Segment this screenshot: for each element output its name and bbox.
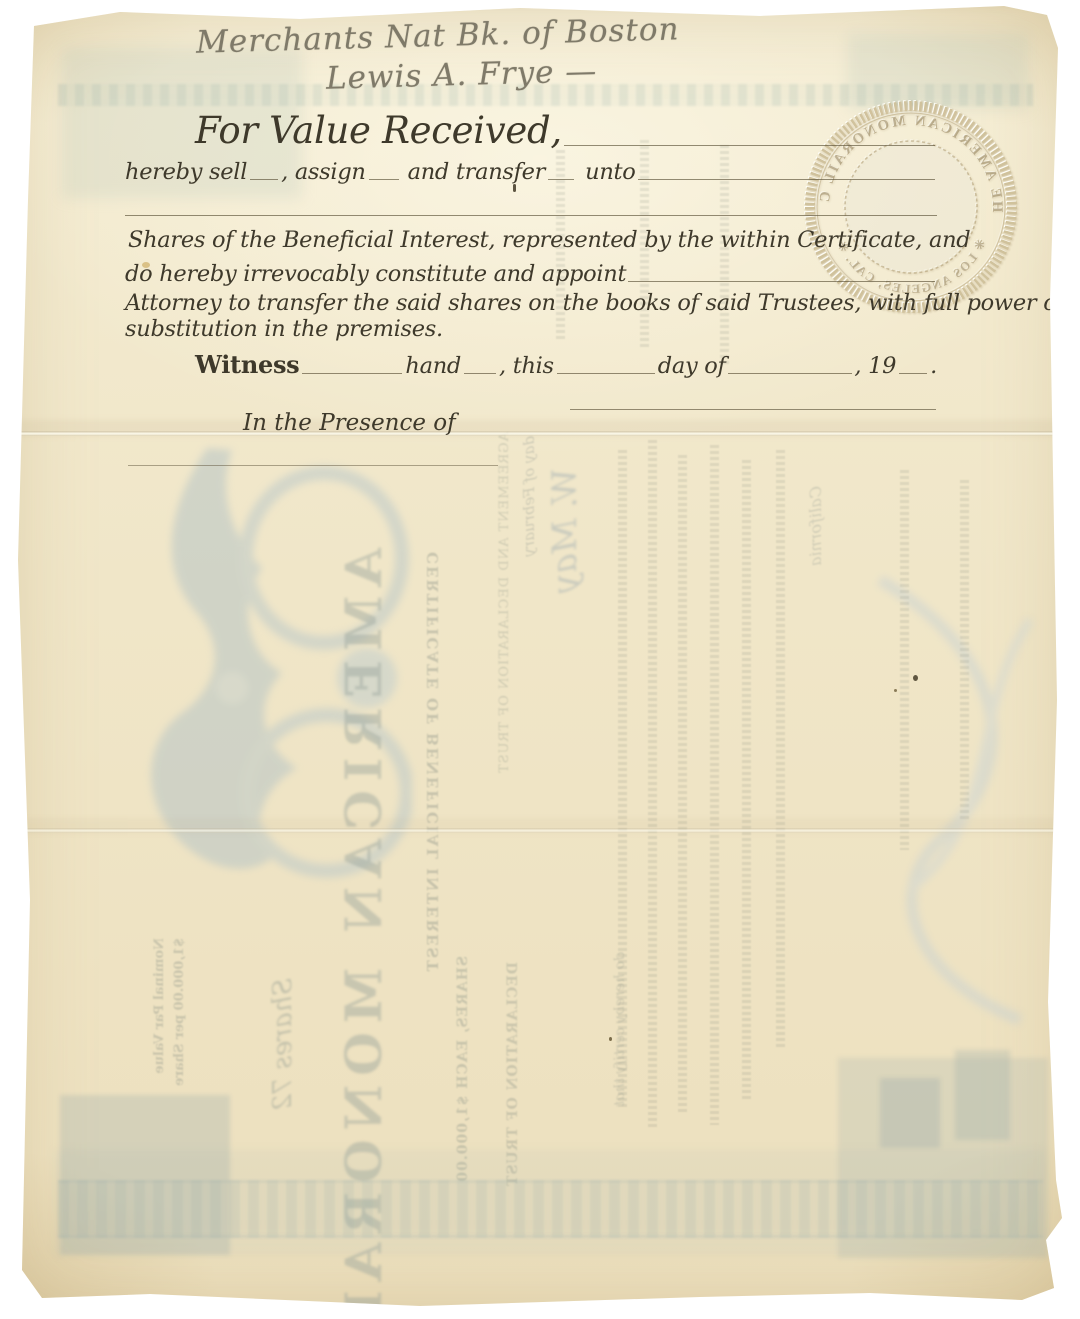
scanned-certificate-back: AMERICAN MONORAIL CO. CERTIFICATE OF BEN… bbox=[0, 0, 1080, 1319]
ghost-text-column bbox=[710, 445, 719, 1125]
ghost-par-value-1: Nominal Par Value bbox=[152, 938, 167, 1153]
label-hand: hand bbox=[405, 354, 461, 379]
ghost-name-handwriting: W. May bbox=[545, 468, 585, 708]
ghost-border-bottom-soft bbox=[55, 1150, 1045, 1255]
blank-line bbox=[369, 179, 399, 180]
stain-speck bbox=[894, 689, 897, 692]
ghost-text-column bbox=[960, 480, 969, 820]
label-in-the-presence-of: In the Presence of bbox=[243, 410, 456, 436]
ghost-border-bottom bbox=[58, 1180, 1043, 1238]
ghost-state-handwriting: California bbox=[806, 486, 825, 666]
label-19: , 19 bbox=[854, 354, 896, 379]
ghost-trust-line: DECLARATION OF TRUST bbox=[505, 962, 521, 1162]
stain-speck bbox=[913, 675, 918, 681]
ghost-corner-bottom-right bbox=[838, 1058, 1048, 1258]
ghost-text-column bbox=[742, 460, 751, 1100]
handwriting-owner-name: Lewis A. Frye — bbox=[326, 53, 598, 97]
blank-line bbox=[250, 179, 278, 180]
form-row-attorney: Attorney to transfer the said shares on … bbox=[125, 291, 937, 316]
stray-mark bbox=[513, 184, 516, 192]
blank-line bbox=[564, 145, 935, 146]
blank-line bbox=[557, 373, 655, 374]
blank-line bbox=[302, 373, 402, 374]
form-row-blank bbox=[125, 196, 937, 216]
blank-line bbox=[628, 281, 935, 282]
form-row-heading: For Value Received, bbox=[125, 110, 937, 151]
blank-line bbox=[638, 179, 935, 180]
fold-crease-upper bbox=[0, 431, 1080, 436]
label-assign: , assign bbox=[281, 160, 366, 185]
form-row-sell-assign: hereby sell , assign and transfer unto bbox=[125, 160, 937, 185]
ghost-ornament-block bbox=[955, 1050, 1010, 1140]
paper-sheet: AMERICAN MONORAIL CO. CERTIFICATE OF BEN… bbox=[0, 0, 1080, 1319]
stain-speck bbox=[609, 1037, 612, 1041]
label-hereby-sell: hereby sell bbox=[125, 160, 247, 185]
ghost-text-column bbox=[648, 440, 657, 1130]
text-constitute-and-appoint: do hereby irrevocably constitute and app… bbox=[125, 262, 626, 287]
ghost-text-column bbox=[900, 470, 909, 850]
text-shares-of-beneficial-interest: Shares of the Beneficial Interest, repre… bbox=[128, 228, 970, 253]
ghost-flourish-right bbox=[850, 560, 1060, 1060]
label-unto: unto bbox=[585, 160, 635, 185]
ghost-ornament-block bbox=[880, 1078, 940, 1148]
ghost-text-column bbox=[776, 450, 785, 1050]
fold-crease-lower bbox=[0, 828, 1080, 833]
ghost-shares-line: SHARES, EACH $1,000.00 bbox=[455, 956, 471, 1156]
blank-line bbox=[548, 179, 574, 180]
handwriting-bank-name: Merchants Nat Bk. of Boston bbox=[196, 11, 680, 60]
signature-line bbox=[570, 409, 936, 410]
ghost-date-handwriting: day of February bbox=[520, 436, 538, 646]
ghost-text-column bbox=[678, 455, 687, 1115]
ghost-agreement-line: AGREEMENT AND DECLARATION OF TRUST bbox=[497, 432, 512, 772]
label-and-transfer: and transfer bbox=[408, 160, 546, 185]
ghost-eagle-vignette bbox=[112, 438, 412, 908]
ghost-certify-line: do hereby certify that bbox=[612, 952, 628, 1162]
blank-line bbox=[899, 373, 927, 374]
ghost-par-value-2: $1,000.00 per Share bbox=[172, 938, 187, 1153]
label-this: , this bbox=[499, 354, 554, 379]
blank-line bbox=[728, 373, 853, 374]
label-witness: Witness bbox=[195, 352, 299, 379]
form-row-substitution: substitution in the premises. bbox=[125, 317, 937, 342]
form-row-witness: Witness hand , this day of , 19 . bbox=[125, 352, 937, 379]
label-period: . bbox=[930, 354, 937, 379]
ghost-shares-handwriting: Shares 72 bbox=[268, 978, 298, 1148]
witness-signature-line bbox=[128, 465, 498, 466]
form-row-shares: Shares of the Beneficial Interest, repre… bbox=[125, 228, 937, 253]
heading-for-value-received: For Value Received, bbox=[195, 110, 562, 151]
blank-line bbox=[464, 373, 496, 374]
blank-line bbox=[125, 215, 937, 216]
text-attorney-to-transfer: Attorney to transfer the said shares on … bbox=[125, 291, 1064, 316]
form-row-appoint: do hereby irrevocably constitute and app… bbox=[125, 262, 937, 287]
ghost-corner-bottom-left bbox=[60, 1095, 230, 1255]
ghost-text-column bbox=[618, 450, 627, 1110]
text-substitution: substitution in the premises. bbox=[125, 317, 443, 342]
label-day-of: day of bbox=[658, 354, 726, 379]
ghost-company-title: AMERICAN MONORAIL CO. bbox=[334, 548, 393, 1188]
